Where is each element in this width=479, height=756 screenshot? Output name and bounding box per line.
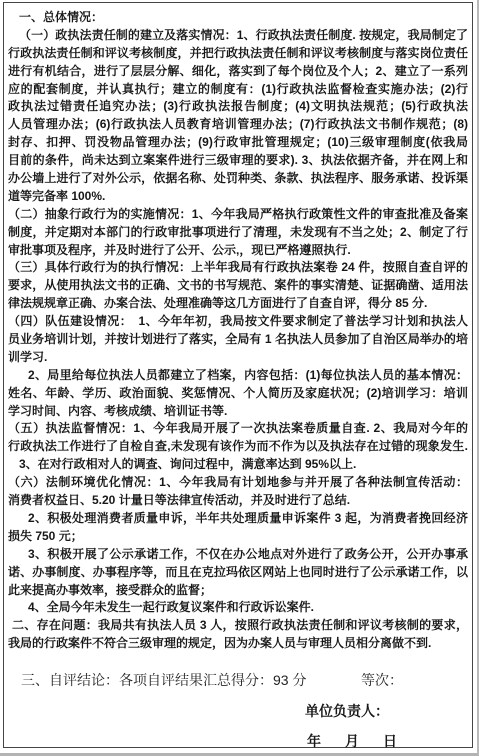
date-year-label: 年 xyxy=(307,733,321,749)
document-line: 行政执法工作进行了自检自查,未发现有该作为而不作为以及执法存在过错的现象发生. xyxy=(7,438,468,456)
document-line: 训学习. xyxy=(7,349,468,367)
document-line: 律法规规章正确、办案合法、处理准确等这几方面进行了自查自评，得分 85 分. xyxy=(7,295,468,313)
document-line: 道等完备率 100%. xyxy=(7,188,468,206)
document-body: 一、总体情况：（一）政执法责任制的建立及落实情况：1、行政执法责任制度. 按规定… xyxy=(7,9,468,653)
document-page: 一、总体情况：（一）政执法责任制的建立及落实情况：1、行政执法责任制度. 按规定… xyxy=(3,2,473,748)
document-line: 一、总体情况： xyxy=(7,9,468,27)
document-line: 3、在对行政相对人的调查、询问过程中，满意率达到 95%以上. xyxy=(7,456,468,474)
document-line: 我局的行政案件不符合三级审理的规定，因为办案人员与审理人员相分离做不到. xyxy=(7,635,468,653)
document-line: （一）政执法责任制的建立及落实情况：1、行政执法责任制度. 按规定，我局制定了 xyxy=(7,27,468,45)
document-line: 政执法过错责任追究办法；(3)行政执法报告制度；(4)文明执法规范；(5)行政执… xyxy=(7,98,468,116)
document-line: 审批事项及程序，并及时进行了公开、公示,，现已严格遵照执行. xyxy=(7,242,468,260)
conclusion-label: 三、自评结论：各项自评结果汇总得分： xyxy=(21,672,273,688)
signature-line: 单位负责人： xyxy=(305,703,468,719)
document-line: 员业务培训计划，并按计划进行了落实，全局有 1 名执法人员参加了自治区局举办的培 xyxy=(7,331,468,349)
document-line: 应的配套制度，并认真执行；建立的制度有：(1)行政执法监督检查实施办法；(2)行 xyxy=(7,81,468,99)
document-line: 进行有机结合，进行了层层分解、细化，落实到了每个岗位及个人；2、建立了一系列相 xyxy=(7,63,468,81)
document-line: 人员管理办法；(6)行政执法人员教育培训管理办法；(7)行政执法文书制作规范；(… xyxy=(7,116,468,134)
document-line: （五）执法监督情况：1、今年我局开展了一次执法案卷质量自查. 2、我局对今年的 xyxy=(7,420,468,438)
document-line: 制度，并定期对本部门的行政审批事项进行了清理，未发现有不当之处；2、制定了行政 xyxy=(7,224,468,242)
signature-label: 单位负责人： xyxy=(305,703,389,719)
document-line: 封存、扣押、罚没物品管理办法；(9)行政审批管理规定；(10)三级审理制度(依我… xyxy=(7,134,468,152)
document-line: 姓名、年龄、学历、政治面貌、奖惩情况、个人简历及家庭状况；(2)培训学习：培训 xyxy=(7,385,468,403)
document-line: （四）队伍建设情况： 1、今年年初，我局按文件要求制定了普法学习计划和执法人 xyxy=(7,313,468,331)
document-line: 诺、办事制度、办事程序等，而且在克拉玛依区网站上也同时进行了公示承诺工作，以 xyxy=(7,564,468,582)
document-line: 学习时间、内容、考核成绩、培训证书等. xyxy=(7,403,468,421)
document-line: 损失 750 元； xyxy=(7,528,468,546)
document-line: 目前的条件，尚未达到立案案件进行三级审理的要求). 3、执法依据齐备，并在网上和 xyxy=(7,152,468,170)
document-line: （三）具体行政行为的执行情况：上半年我局有行政执法案卷 24 件，按照自查自评的 xyxy=(7,259,468,277)
document-line: 4、全局今年未发生一起行政复议案件和行政诉讼案件. xyxy=(7,599,468,617)
document-line: 要求，从使用执法文书的正确、文书的书写规范、案件的事实清楚、证据确凿、适用法 xyxy=(7,277,468,295)
document-line: 行政执法责任制和评议考核制度，并把行政执法责任制和评议考核制度与落实岗位责任 xyxy=(7,45,468,63)
document-line: 二、存在问题：我局共有执法人员 3 人，按照行政执法责任制和评议考核制的要求， xyxy=(7,617,468,635)
document-line: 办公墙上进行了对外公示，依据名称、处罚种类、条款、执法程序、服务承诺、投诉渠 xyxy=(7,170,468,188)
document-line: 3、积极开展了公示承诺工作，不仅在办公地点对外进行了政务公开，公开办事承 xyxy=(7,546,468,564)
document-line: 2、积极处理消费者质量申诉，半年共处理质量申诉案件 3 起，为消费者挽回经济 xyxy=(7,510,468,528)
date-day-label: 日 xyxy=(383,733,397,749)
document-line: （六）法制环境优化情况：1、今年我局有计划地参与并开展了各种法制宣传活动：3.1… xyxy=(7,474,468,492)
document-line: （二）抽象行政行为的实施情况：1、今年我局严格执行政策性文件的审查批准及备案 xyxy=(7,206,468,224)
grade-label: 等次： xyxy=(361,672,403,688)
date-month-label: 月 xyxy=(345,733,359,749)
conclusion-score: 93 分 xyxy=(273,672,306,688)
conclusion-line: 三、自评结论：各项自评结果汇总得分：93 分 等次： xyxy=(21,672,468,688)
document-line: 2、局里给每位执法人员都建立了档案，内容包括：(1)每位执法人员的基本情况： xyxy=(7,367,468,385)
screenshot-root: { "page": { "background": "#ffffff", "bo… xyxy=(0,0,479,756)
date-line: 年 月 日 xyxy=(307,733,468,749)
document-line: 消费者权益日、5.20 计量日等法律宣传活动，并及时进行了总结. xyxy=(7,492,468,510)
document-line: 此来提高办事效率，接受群众的监督； xyxy=(7,582,468,600)
